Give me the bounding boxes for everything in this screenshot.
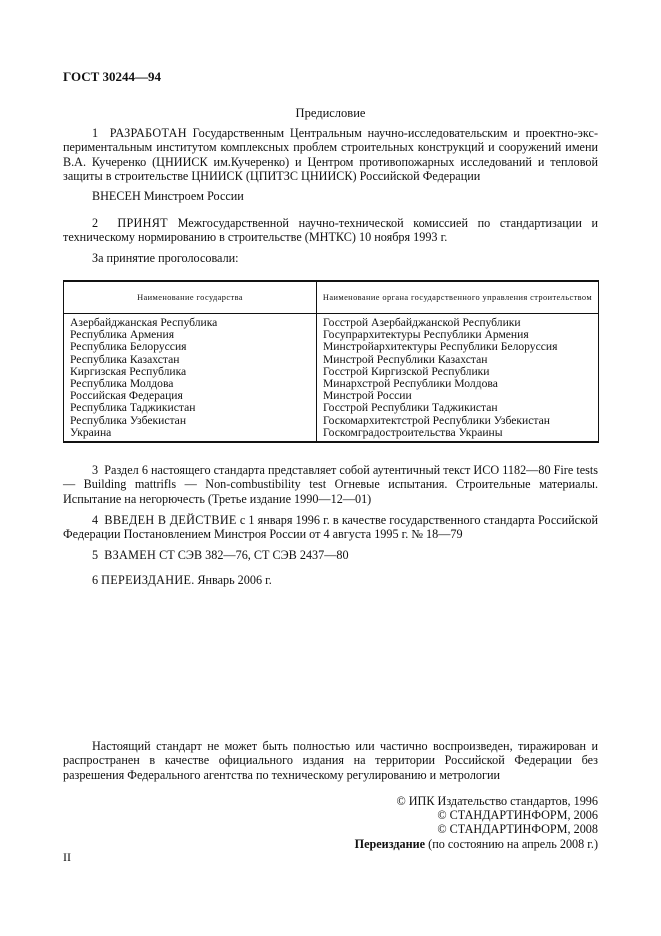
section-6: 6 ПЕРЕИЗДАНИЕ. Январь 2006 г. [63, 573, 598, 587]
copyright-block: © ИПК Издательство стандартов, 1996 © СТ… [355, 794, 598, 851]
table-cell: Республика Таджикистан [70, 402, 312, 414]
section-2: 2 ПРИНЯТ Межгосударственной научно-техни… [63, 216, 598, 245]
section-4: 4 ВВЕДЕН В ДЕЙСТВИЕ с 1 января 1996 г. в… [63, 513, 598, 542]
column-header-state: Наименование государства [64, 281, 317, 314]
table-cell: Украина [70, 427, 312, 439]
copyright-line: © ИПК Издательство стандартов, 1996 [355, 794, 598, 808]
reproduction-notice: Настоящий стандарт не может быть полност… [63, 739, 598, 782]
section-5: 5 ВЗАМЕН СТ СЭВ 382—76, СТ СЭВ 2437—80 [63, 548, 598, 562]
section-3: 3 Раздел 6 настоящего стандарта представ… [63, 463, 598, 506]
section-1-keyword: РАЗРАБОТАН [110, 126, 187, 140]
section-1: 1 РАЗРАБОТАН Государственным Центральным… [63, 126, 598, 183]
copyright-line: © СТАНДАРТИНФОРМ, 2006 [355, 808, 598, 822]
table-cell: Республика Узбекистан [70, 415, 312, 427]
table-cell: Республика Белоруссия [70, 341, 312, 353]
voting-table: Наименование государства Наименование ор… [63, 280, 599, 443]
table-cell: Госстрой Республики Таджикистан [323, 402, 594, 414]
state-list: Азербайджанская Республика Республика Ар… [64, 314, 317, 443]
page-number: II [63, 850, 71, 865]
standard-code: ГОСТ 30244—94 [63, 69, 161, 85]
table-cell: Республика Казахстан [70, 354, 312, 366]
table-cell: Минстрой Республики Казахстан [323, 354, 594, 366]
page-title: Предисловие [0, 106, 661, 121]
table-cell: Госкомградостроительства Украины [323, 427, 594, 439]
column-header-authority: Наименование органа государственного упр… [317, 281, 599, 314]
document-page: ГОСТ 30244—94 Предисловие 1 РАЗРАБОТАН Г… [0, 0, 661, 936]
reissue-line: Переиздание (по состоянию на апрель 2008… [355, 837, 598, 851]
authority-list: Госстрой Азербайджанской Республики Госу… [317, 314, 599, 443]
copyright-line: © СТАНДАРТИНФОРМ, 2008 [355, 822, 598, 836]
table-cell: Минстройархитектуры Республики Белорусси… [323, 341, 594, 353]
introduced-by: ВНЕСЕН Минстроем России [63, 189, 598, 203]
voted-label: За принятие проголосовали: [63, 251, 598, 265]
table-cell: Госкомархитектстрой Республики Узбекиста… [323, 415, 594, 427]
